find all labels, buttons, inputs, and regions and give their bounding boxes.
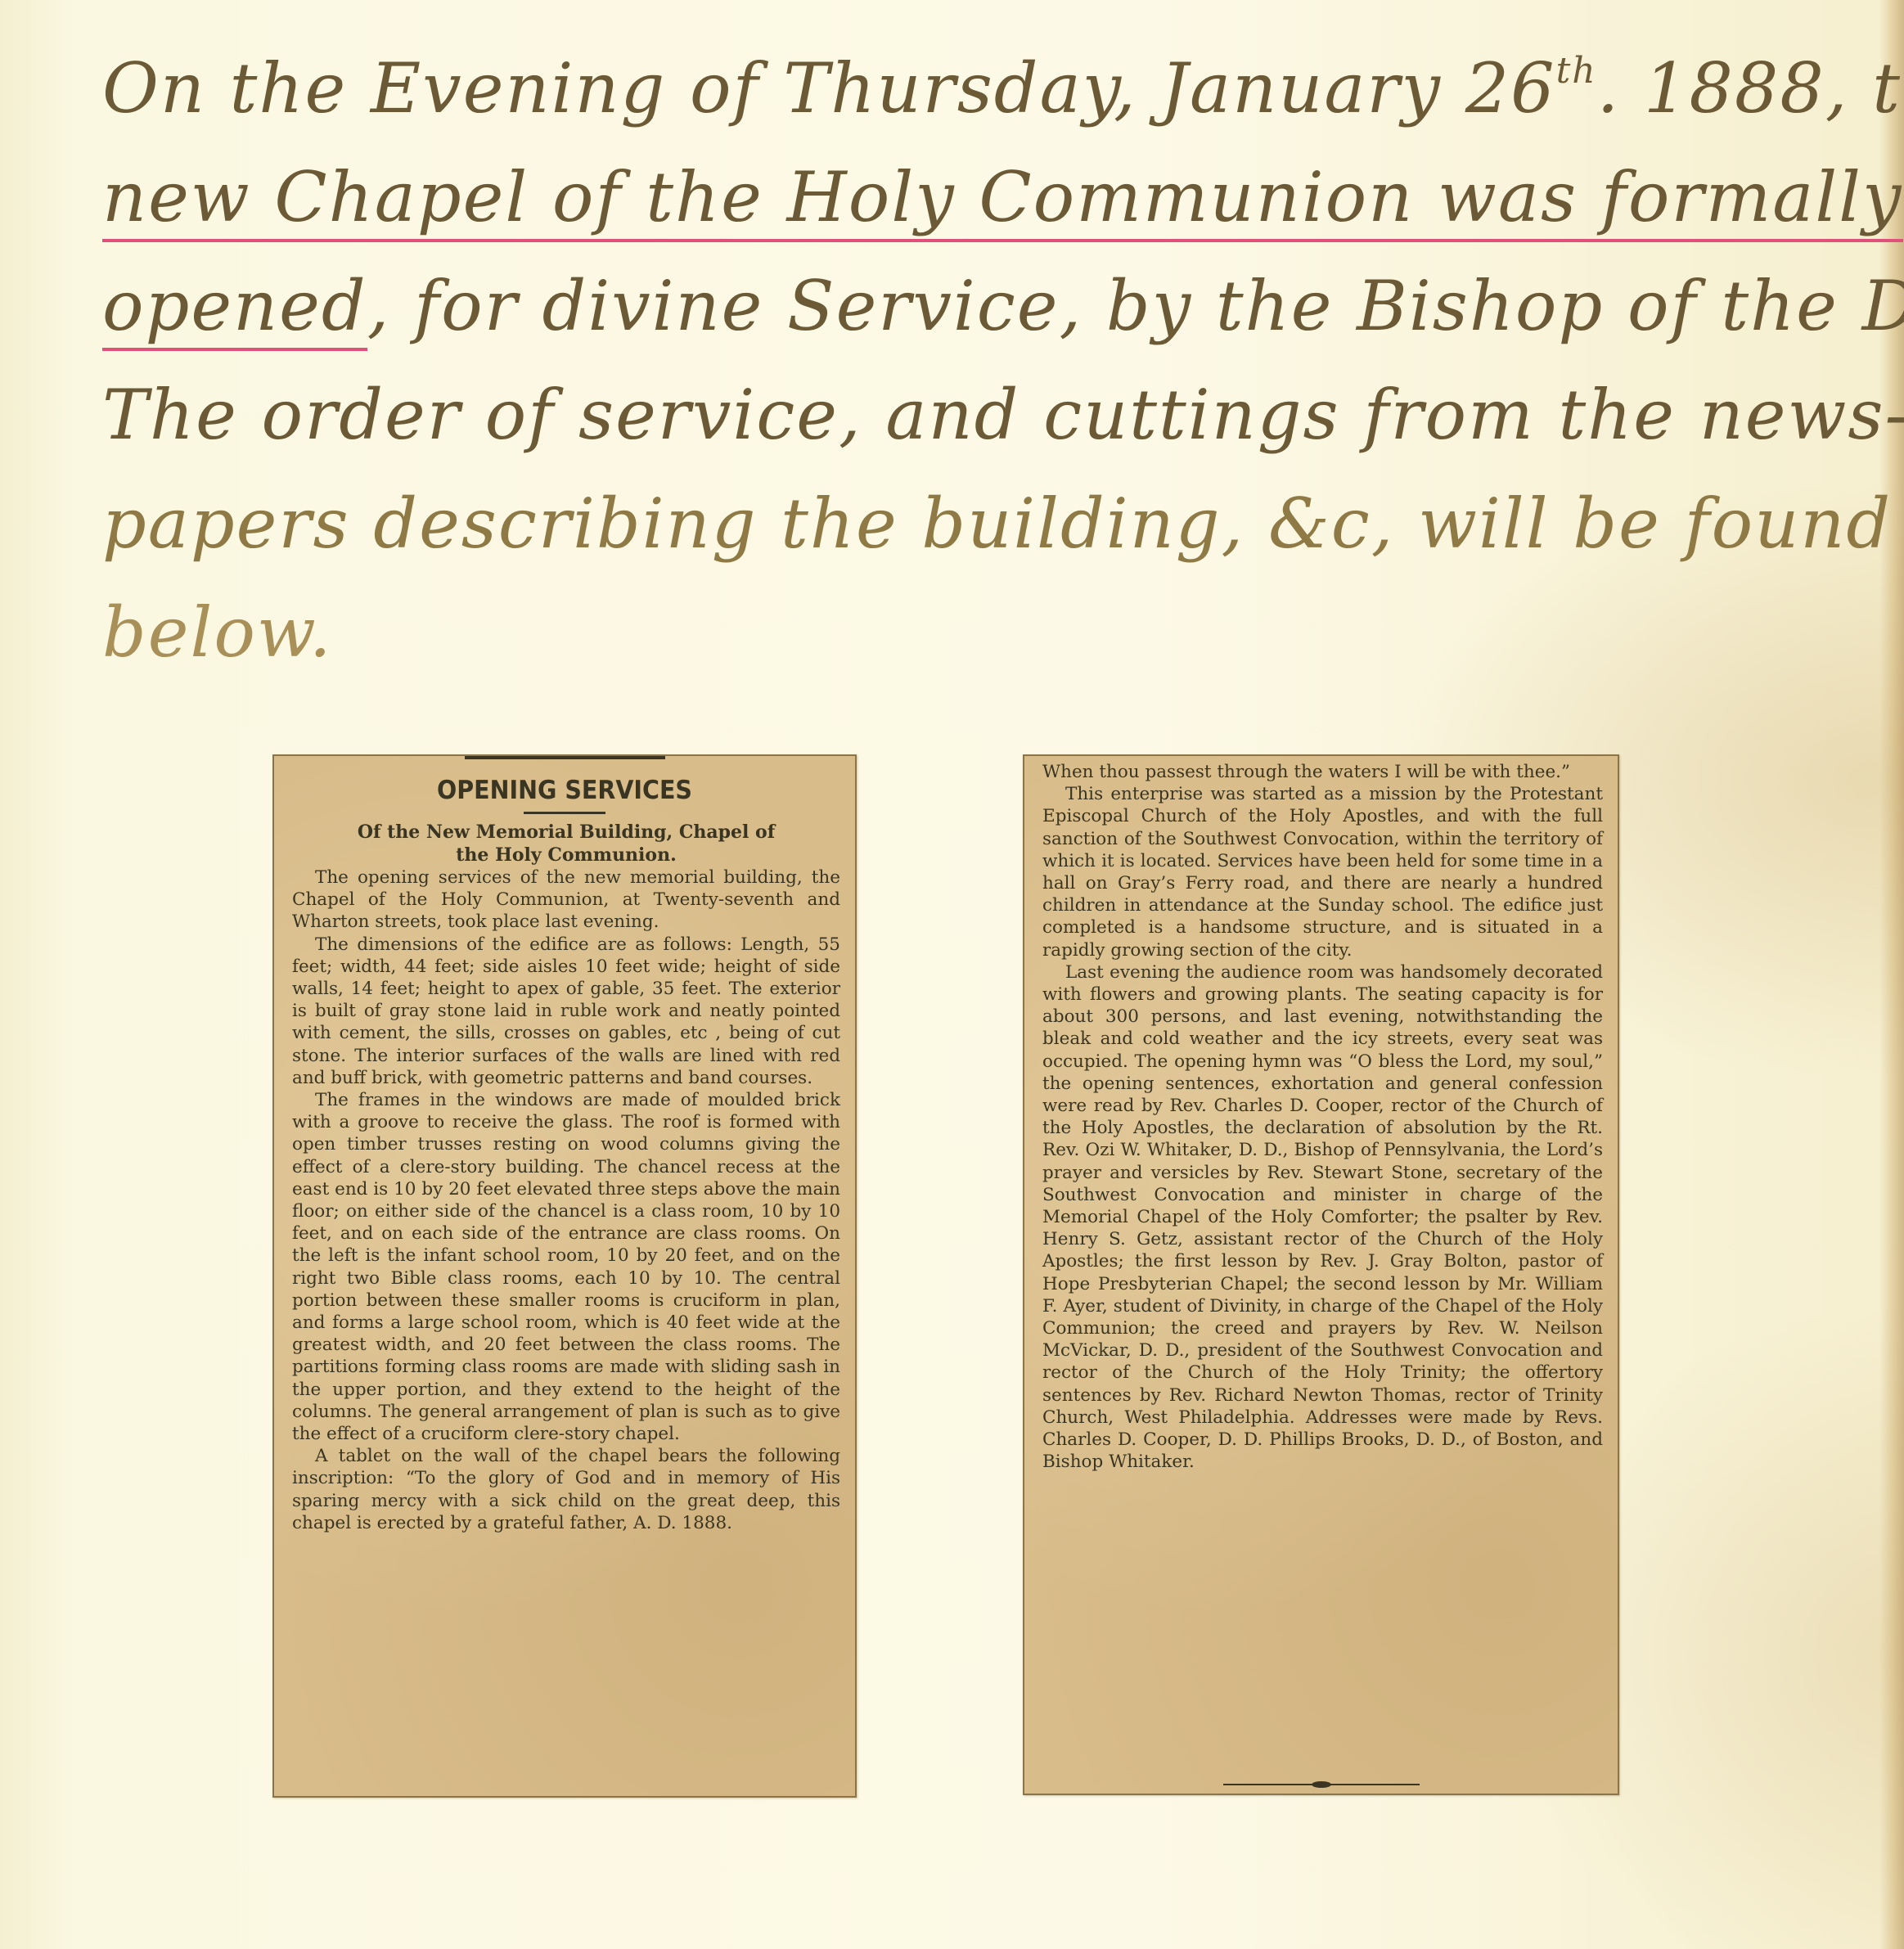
hw-text: On the Evening of Thursday, January 26 <box>102 48 1556 128</box>
clipping-paragraph: The frames in the windows are made of mo… <box>292 1089 840 1445</box>
hw-underlined-text: opened <box>102 266 367 351</box>
newspaper-clipping-right: When thou passest through the waters I w… <box>1023 754 1619 1795</box>
clipping-subhead: the Holy Communion. <box>292 844 840 866</box>
newspaper-clipping-left: OPENING SERVICES Of the New Memorial Bui… <box>272 754 857 1798</box>
hw-ordinal: th <box>1556 50 1597 92</box>
clipping-paragraph: The dimensions of the edifice are as fol… <box>292 934 840 1089</box>
clipping-body: When thou passest through the waters I w… <box>1024 756 1618 1474</box>
clipping-paragraph: This enterprise was started as a mission… <box>1042 783 1603 961</box>
end-ornament-rule <box>1223 1782 1420 1787</box>
hw-text: . 1888, the <box>1597 48 1904 128</box>
handwritten-line-2: new Chapel of the Holy Communion was for… <box>102 143 1837 252</box>
clipping-subhead: Of the New Memorial Building, Chapel of <box>292 821 840 844</box>
handwritten-line-3: opened, for divine Service, by the Bisho… <box>102 252 1837 361</box>
hw-text: , for divine Service, by the Bishop of t… <box>367 266 1904 346</box>
headline-rule <box>465 756 665 759</box>
clipping-paragraph: When thou passest through the waters I w… <box>1042 761 1603 783</box>
handwritten-line-6: below. <box>102 578 1837 687</box>
headline-divider <box>524 812 605 814</box>
clipping-paragraph: A tablet on the wall of the chapel bears… <box>292 1445 840 1534</box>
handwritten-line-4: The order of service, and cuttings from … <box>102 361 1837 470</box>
handwritten-note: On the Evening of Thursday, January 26th… <box>102 16 1837 687</box>
clipping-headline: OPENING SERVICES <box>297 774 831 807</box>
clipping-paragraph: Last evening the audience room was hands… <box>1042 961 1603 1474</box>
ornament-center <box>1312 1781 1331 1788</box>
clipping-paragraph: The opening services of the new memorial… <box>292 866 840 934</box>
clipping-body: Of the New Memorial Building, Chapel of … <box>274 821 855 1534</box>
handwritten-line-1: On the Evening of Thursday, January 26th… <box>102 16 1837 143</box>
hw-underlined-text: new Chapel of the Holy Communion was for… <box>102 157 1903 242</box>
handwritten-line-5: papers describing the building, &c, will… <box>102 470 1837 578</box>
